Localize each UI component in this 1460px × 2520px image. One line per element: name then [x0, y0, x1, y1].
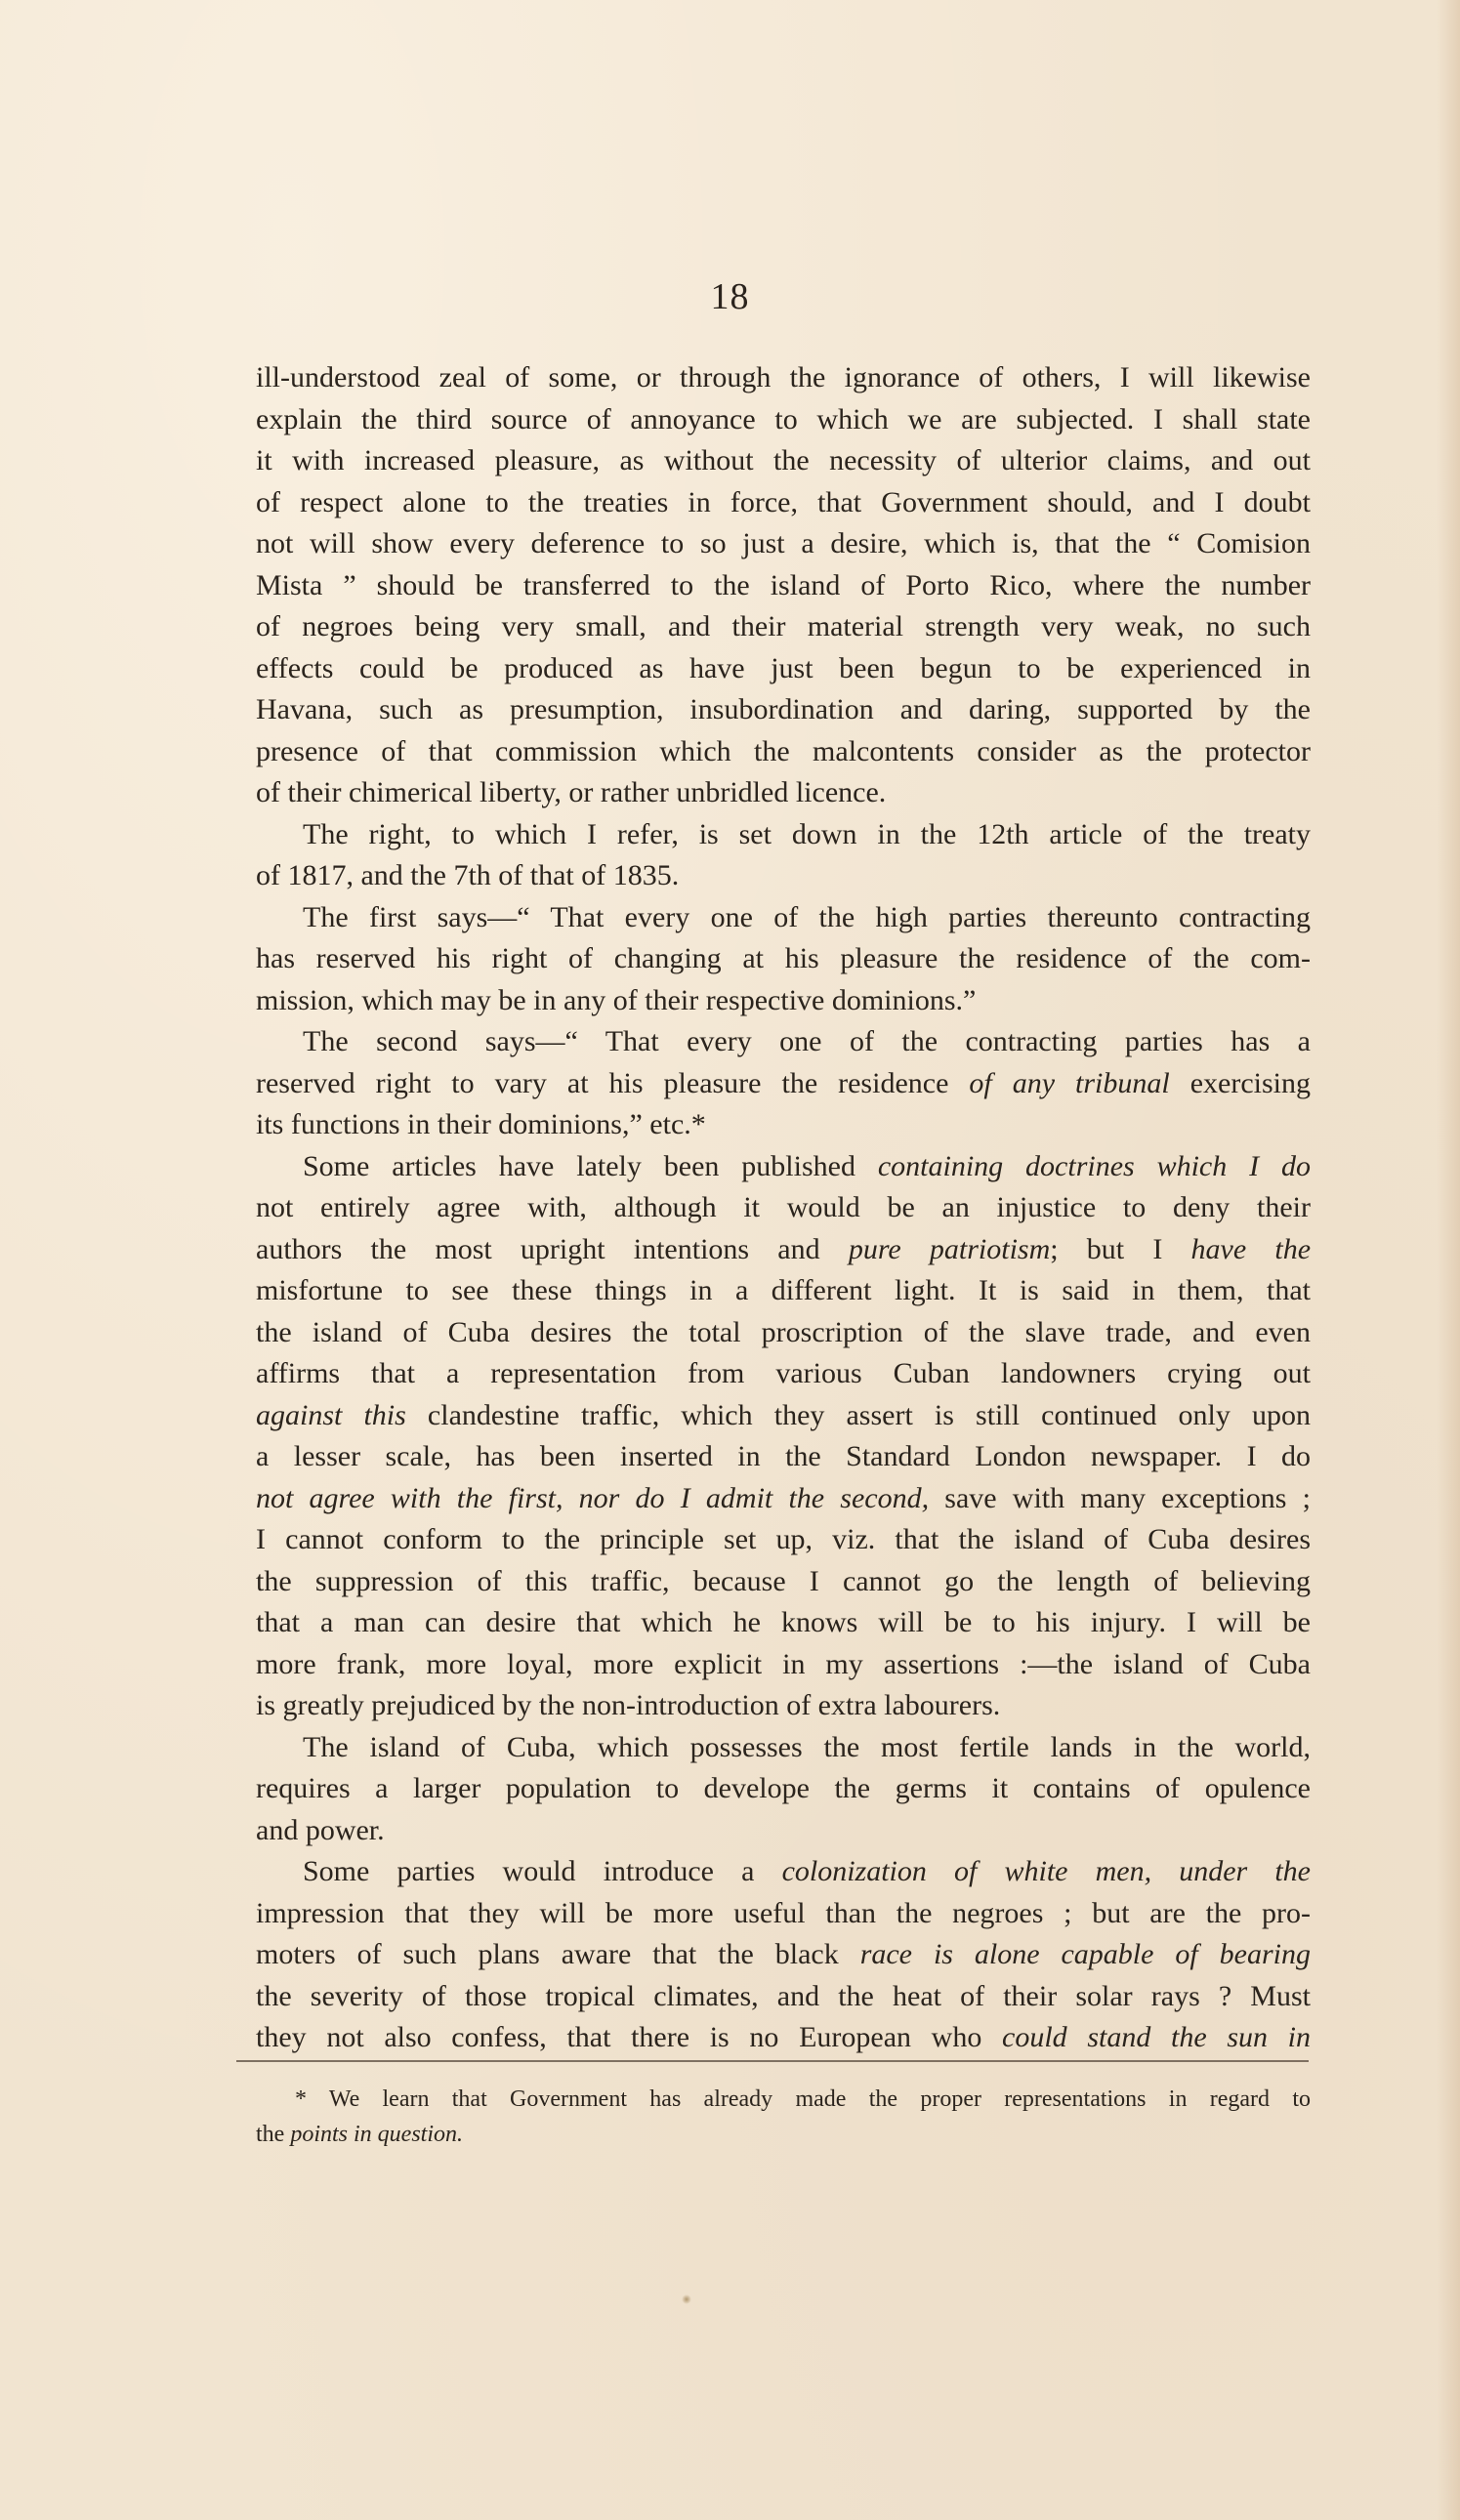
text-run: presence of that commission which the ma… [256, 735, 1311, 767]
paper-stain [682, 2294, 691, 2304]
body-line: against this clandestine traffic, which … [256, 1395, 1311, 1437]
italic-text: pure patriotism [820, 1233, 1051, 1265]
text-run: its functions in their dominions,” etc.* [256, 1108, 706, 1140]
body-line: Havana, such as presumption, insubordina… [256, 689, 1311, 731]
text-run: impression that they will be more useful… [256, 1897, 1311, 1929]
text-run: is greatly prejudiced by the non-introdu… [256, 1689, 1000, 1721]
footnote-line: * We learn that Government has already m… [256, 2082, 1311, 2117]
text-run: misfortune to see these things in a diff… [256, 1274, 1311, 1306]
text-run: I cannot conform to the principle set up… [256, 1523, 1311, 1555]
body-line: has reserved his right of changing at hi… [256, 938, 1311, 980]
text-run: that a man can desire that which he know… [256, 1606, 1311, 1638]
footnote-rule [236, 2060, 1309, 2062]
text-run: and power. [256, 1814, 385, 1846]
text-run: ill-understood zeal of some, or through … [256, 361, 1311, 393]
body-line: requires a larger population to develope… [256, 1768, 1311, 1810]
body-line: is greatly prejudiced by the non-introdu… [256, 1685, 1311, 1727]
text-run: * We learn that Government has already m… [295, 2086, 1311, 2112]
text-run: exercising [1170, 1067, 1311, 1099]
text-run: more frank, more loyal, more explicit in… [256, 1648, 1311, 1680]
text-run: The island of Cuba, which possesses the … [303, 1731, 1311, 1763]
body-line: The right, to which I refer, is set down… [256, 814, 1311, 856]
text-run: ; but I [1050, 1233, 1162, 1265]
footnote-line: the points in question. [256, 2117, 1311, 2152]
text-run: The second says—“ That every one of the … [303, 1025, 1311, 1057]
text-run: authors the most upright intentions and [256, 1233, 820, 1265]
text-run: of negroes being very small, and their m… [256, 610, 1311, 642]
text-run: not entirely agree with, although it wou… [256, 1191, 1311, 1223]
body-line: explain the third source of annoyance to… [256, 399, 1311, 441]
body-line: Some parties would introduce a colonizat… [256, 1851, 1311, 1893]
text-run: they not also confess, that there is no … [256, 2021, 981, 2053]
text-run: Mista ” should be transferred to the isl… [256, 569, 1311, 601]
body-line: affirms that a representation from vario… [256, 1353, 1311, 1395]
body-line: misfortune to see these things in a diff… [256, 1270, 1311, 1312]
body-line: The first says—“ That every one of the h… [256, 897, 1311, 939]
body-line: ill-understood zeal of some, or through … [256, 357, 1311, 399]
italic-text: have the [1162, 1233, 1311, 1265]
text-run: not will show every deference to so just… [256, 527, 1311, 559]
body-line: more frank, more loyal, more explicit in… [256, 1644, 1311, 1686]
body-line: of 1817, and the 7th of that of 1835. [256, 855, 1311, 897]
body-text: ill-understood zeal of some, or through … [256, 357, 1311, 2059]
italic-text: race is alone capable of bearing [839, 1938, 1311, 1970]
body-line: mission, which may be in any of their re… [256, 980, 1311, 1022]
italic-text: not agree with the first, nor do I admit… [256, 1482, 929, 1514]
italic-text: colonization of white men, under the [754, 1855, 1311, 1887]
text-run: a lesser scale, has been inserted in the… [256, 1440, 1311, 1472]
body-line: they not also confess, that there is no … [256, 2017, 1311, 2059]
text-run: Some articles have lately been published [303, 1150, 855, 1182]
body-line: authors the most upright intentions and … [256, 1229, 1311, 1271]
text-run: affirms that a representation from vario… [256, 1357, 1311, 1389]
body-line: Mista ” should be transferred to the isl… [256, 565, 1311, 607]
body-line: the island of Cuba desires the total pro… [256, 1312, 1311, 1354]
text-run: Some parties would introduce a [303, 1855, 754, 1887]
body-line: reserved right to vary at his pleasure t… [256, 1063, 1311, 1105]
body-line: The island of Cuba, which possesses the … [256, 1727, 1311, 1769]
italic-text: of any tribunal [948, 1067, 1169, 1099]
text-run: the suppression of this traffic, because… [256, 1565, 1311, 1597]
body-line: impression that they will be more useful… [256, 1893, 1311, 1935]
body-line: its functions in their dominions,” etc.* [256, 1104, 1311, 1146]
body-line: moters of such plans aware that the blac… [256, 1934, 1311, 1976]
body-line: of their chimerical liberty, or rather u… [256, 772, 1311, 814]
body-line: I cannot conform to the principle set up… [256, 1519, 1311, 1561]
text-run: has reserved his right of changing at hi… [256, 942, 1311, 974]
text-run: The first says—“ That every one of the h… [303, 901, 1311, 933]
text-run: requires a larger population to develope… [256, 1772, 1311, 1804]
body-line: not entirely agree with, although it wou… [256, 1187, 1311, 1229]
body-line: effects could be produced as have just b… [256, 648, 1311, 690]
body-line: that a man can desire that which he know… [256, 1602, 1311, 1644]
text-run: mission, which may be in any of their re… [256, 984, 976, 1016]
italic-text: points in question. [284, 2122, 463, 2147]
text-run: of their chimerical liberty, or rather u… [256, 776, 886, 808]
body-line: the suppression of this traffic, because… [256, 1561, 1311, 1603]
body-line: The second says—“ That every one of the … [256, 1021, 1311, 1063]
text-run: Havana, such as presumption, insubordina… [256, 693, 1311, 725]
footnote: * We learn that Government has already m… [256, 2082, 1311, 2152]
body-line: of negroes being very small, and their m… [256, 606, 1311, 648]
body-line: the severity of those tropical climates,… [256, 1976, 1311, 2018]
body-line: it with increased pleasure, as without t… [256, 440, 1311, 482]
text-run: clandestine traffic, which they assert i… [406, 1399, 1311, 1431]
italic-text: against this [256, 1399, 406, 1431]
text-run: of 1817, and the 7th of that of 1835. [256, 859, 679, 891]
text-run: moters of such plans aware that the blac… [256, 1938, 839, 1970]
body-line: Some articles have lately been published… [256, 1146, 1311, 1188]
italic-text: could stand the sun in [981, 2021, 1311, 2053]
body-line: and power. [256, 1810, 1311, 1852]
text-run: explain the third source of annoyance to… [256, 403, 1311, 435]
text-run: of respect alone to the treaties in forc… [256, 486, 1311, 518]
body-line: of respect alone to the treaties in forc… [256, 482, 1311, 524]
body-line: not agree with the first, nor do I admit… [256, 1478, 1311, 1520]
text-run: it with increased pleasure, as without t… [256, 444, 1311, 476]
page-number: 18 [0, 275, 1460, 318]
text-run: the severity of those tropical climates,… [256, 1980, 1311, 2012]
body-line: not will show every deference to so just… [256, 523, 1311, 565]
body-line: presence of that commission which the ma… [256, 731, 1311, 773]
text-run: effects could be produced as have just b… [256, 652, 1311, 684]
page-edge-shadow [1437, 0, 1460, 2520]
text-run: save with many exceptions ; [929, 1482, 1311, 1514]
text-run: reserved right to vary at his pleasure t… [256, 1067, 948, 1099]
text-run: the [256, 2122, 284, 2147]
body-line: a lesser scale, has been inserted in the… [256, 1436, 1311, 1478]
italic-text: containing doctrines which I do [855, 1150, 1311, 1182]
text-run: The right, to which I refer, is set down… [303, 818, 1311, 850]
text-run: the island of Cuba desires the total pro… [256, 1316, 1311, 1348]
